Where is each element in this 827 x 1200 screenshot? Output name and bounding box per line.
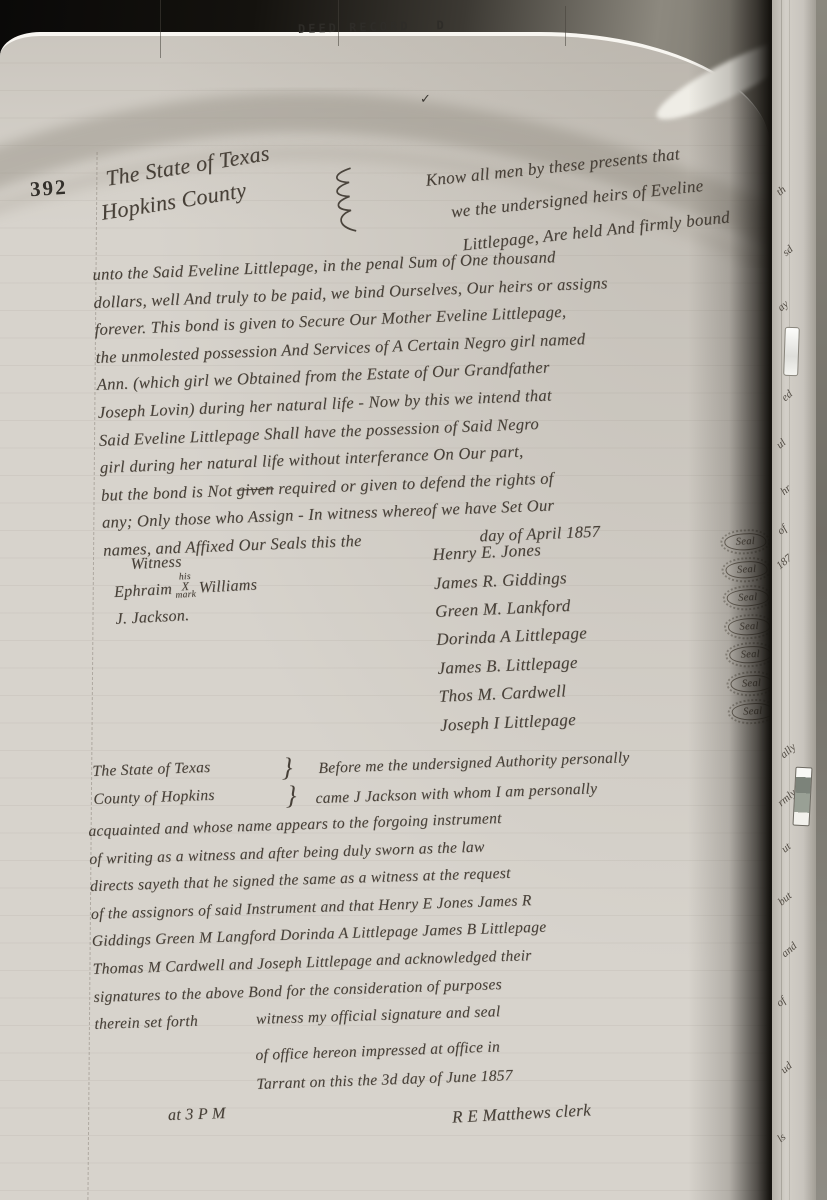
setforth-pre: therein set forth <box>94 1013 198 1033</box>
page-edge-fragment: ls <box>775 1131 788 1145</box>
witness-last-name: Williams <box>198 571 258 601</box>
gutter-shadow <box>688 0 770 1200</box>
book-edge-strip <box>816 0 827 1200</box>
deed-book-scan: th sd ay ed ul hr of 187 ally rmly ut bu… <box>0 0 827 1200</box>
venue-state: The State of Texas <box>92 754 214 786</box>
ack-closing-lines: of office hereon impressed at office in … <box>255 1033 513 1099</box>
volume-letter: D <box>436 18 447 32</box>
binder-clip <box>783 327 800 376</box>
time-note: at 3 P M <box>168 1105 226 1125</box>
page-edge-fragment: and <box>779 940 799 960</box>
page-number: 392 <box>29 175 68 203</box>
page-edge-fragment: of <box>774 995 788 1010</box>
edge-rule-line <box>781 0 782 1200</box>
header-title: DEED RECORD <box>298 19 411 36</box>
page-edge-fragment: sd <box>780 243 795 258</box>
his-mark: his X mark <box>174 573 196 601</box>
header-rule-tick <box>160 0 161 58</box>
page-edge-fragment: of <box>775 523 789 538</box>
brace-icon: } <box>286 781 296 811</box>
struck-word: given <box>236 479 274 499</box>
brace-icon: } <box>282 753 292 783</box>
page-edge-fragment: ul <box>774 437 788 452</box>
binder-clip <box>792 767 812 827</box>
venue-county: County of Hopkins <box>93 782 215 814</box>
check-mark: ✓ <box>420 92 431 107</box>
page-edge-fragment: 187 <box>774 552 794 572</box>
mark-word: mark <box>175 591 196 601</box>
witness-block: Witness Ephraim his X mark Williams J. J… <box>112 545 259 633</box>
ack-venue-heading: The State of Texas County of Hopkins <box>92 754 215 814</box>
page-edge-fragment: but <box>776 890 794 908</box>
header-rule-tick <box>565 6 566 46</box>
adjacent-page-edge: th sd ay ed ul hr of 187 ally rmly ut bu… <box>770 0 818 1200</box>
line-pre: but the bond is Not <box>101 480 237 504</box>
witness-first-name: Ephraim <box>113 576 172 606</box>
edge-rule-line <box>789 0 790 1200</box>
page-edge-fragment: th <box>774 184 788 199</box>
